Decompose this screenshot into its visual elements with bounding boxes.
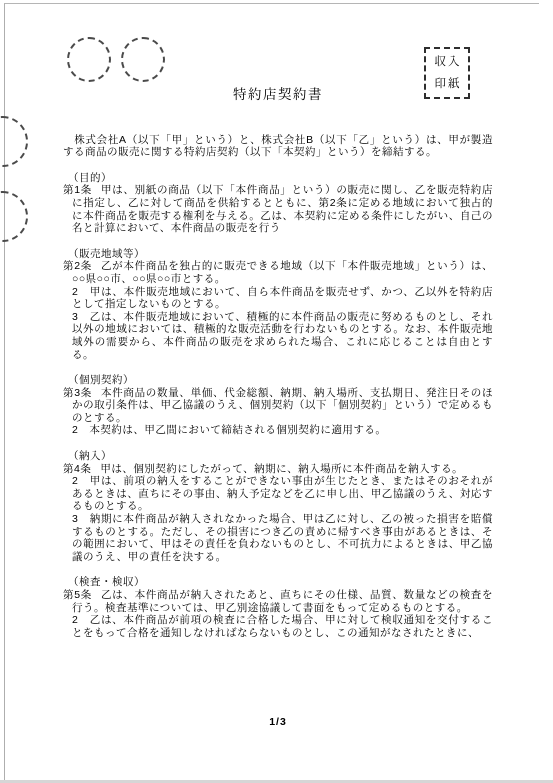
article-body: 甲は、別紙の商品（以下「本件商品」という）の販売に関し、乙を販売特約店に指定し、… (72, 184, 493, 234)
contract-section: （個別契約）第3条本件商品の数量、単価、代金総額、納期、納入場所、支払期日、発注… (63, 374, 493, 437)
article-paragraph: 2 甲は、本件販売地域において、自ら本件商品を販売せず、かつ、乙以外を特約店とし… (72, 286, 493, 311)
contract-section: （販売地域等）第2条乙が本件商品を独占的に販売できる地域（以下「本件販売地域」と… (63, 248, 493, 361)
article-paragraph: 2 乙は、本件商品が前項の検査に合格した場合、甲に対して検収通知を交付することを… (72, 614, 493, 639)
article-paragraph: 2 甲は、前項の納入をすることができない事由が生じたとき、またはそのおそれがある… (72, 475, 493, 513)
edge-tie-seal-circle-2 (0, 191, 28, 242)
contract-content: 特約店契約書 株式会社A（以下「甲」という）と、株式会社B（以下「乙」という）は… (63, 89, 493, 639)
section-heading: （納入） (68, 450, 493, 463)
article-number: 第5条 (63, 589, 92, 601)
article-number: 第4条 (63, 463, 91, 475)
article-text: 第5条乙は、本件商品が納入されたあと、直ちにその仕様、品質、数量などの検査を行う… (63, 589, 493, 614)
edge-tie-seal-circle-1 (0, 116, 28, 167)
article-body: 甲は、個別契約にしたがって、納期に、納入場所に本件商品を納入する。 (100, 463, 463, 475)
page-number: 1/3 (63, 716, 493, 728)
contract-document-page: { "document": { "title": "特約店契約書", "page… (0, 0, 553, 783)
contract-section: （検査・検収）第5条乙は、本件商品が納入されたあと、直ちにその仕様、品質、数量な… (63, 576, 493, 639)
revenue-stamp-line1: 収入 (435, 56, 462, 68)
contract-body: （目的）第1条甲は、別紙の商品（以下「本件商品」という）の販売に関し、乙を販売特… (63, 172, 493, 640)
contract-preamble: 株式会社A（以下「甲」という）と、株式会社B（以下「乙」という）は、甲が製造する… (63, 134, 493, 159)
article-paragraph: 3 納期に本件商品が納入されなかった場合、甲は乙に対し、乙の被った損害を賠償する… (72, 513, 493, 563)
article-body: 乙が本件商品を独占的に販売できる地域（以下「本件販売地域」という）は、○○県○○… (72, 260, 493, 285)
article-number: 第2条 (63, 260, 92, 272)
article-text: 第2条乙が本件商品を独占的に販売できる地域（以下「本件販売地域」という）は、○○… (63, 260, 493, 285)
article-text: 第3条本件商品の数量、単価、代金総額、納期、納入場所、支払期日、発注日そのほかの… (63, 387, 493, 425)
section-heading: （販売地域等） (68, 248, 493, 261)
contract-section: （納入）第4条甲は、個別契約にしたがって、納期に、納入場所に本件商品を納入する。… (63, 450, 493, 563)
article-paragraph: 2 本契約は、甲乙間において締結される個別契約に適用する。 (72, 424, 493, 437)
article-text: 第4条甲は、個別契約にしたがって、納期に、納入場所に本件商品を納入する。 (63, 463, 493, 476)
seal-placeholder-circle-1 (67, 37, 111, 82)
article-text: 第1条甲は、別紙の商品（以下「本件商品」という）の販売に関し、乙を販売特約店に指… (63, 184, 493, 234)
article-body: 乙は、本件商品が納入されたあと、直ちにその仕様、品質、数量などの検査を行う。検査… (72, 589, 493, 614)
article-body: 本件商品の数量、単価、代金総額、納期、納入場所、支払期日、発注日そのほかの取引条… (72, 387, 493, 424)
article-number: 第3条 (63, 387, 92, 399)
section-heading: （検査・検収） (68, 576, 493, 589)
contract-section: （目的）第1条甲は、別紙の商品（以下「本件商品」という）の販売に関し、乙を販売特… (63, 172, 493, 235)
article-number: 第1条 (63, 184, 92, 196)
section-heading: （目的） (68, 172, 493, 185)
article-paragraph: 3 乙は、本件販売地域において、積極的に本件商品の販売に努めるものとし、それ以外… (72, 311, 493, 361)
document-title: 特約店契約書 (63, 89, 493, 102)
seal-placeholder-circle-2 (121, 37, 165, 82)
section-heading: （個別契約） (68, 374, 493, 387)
